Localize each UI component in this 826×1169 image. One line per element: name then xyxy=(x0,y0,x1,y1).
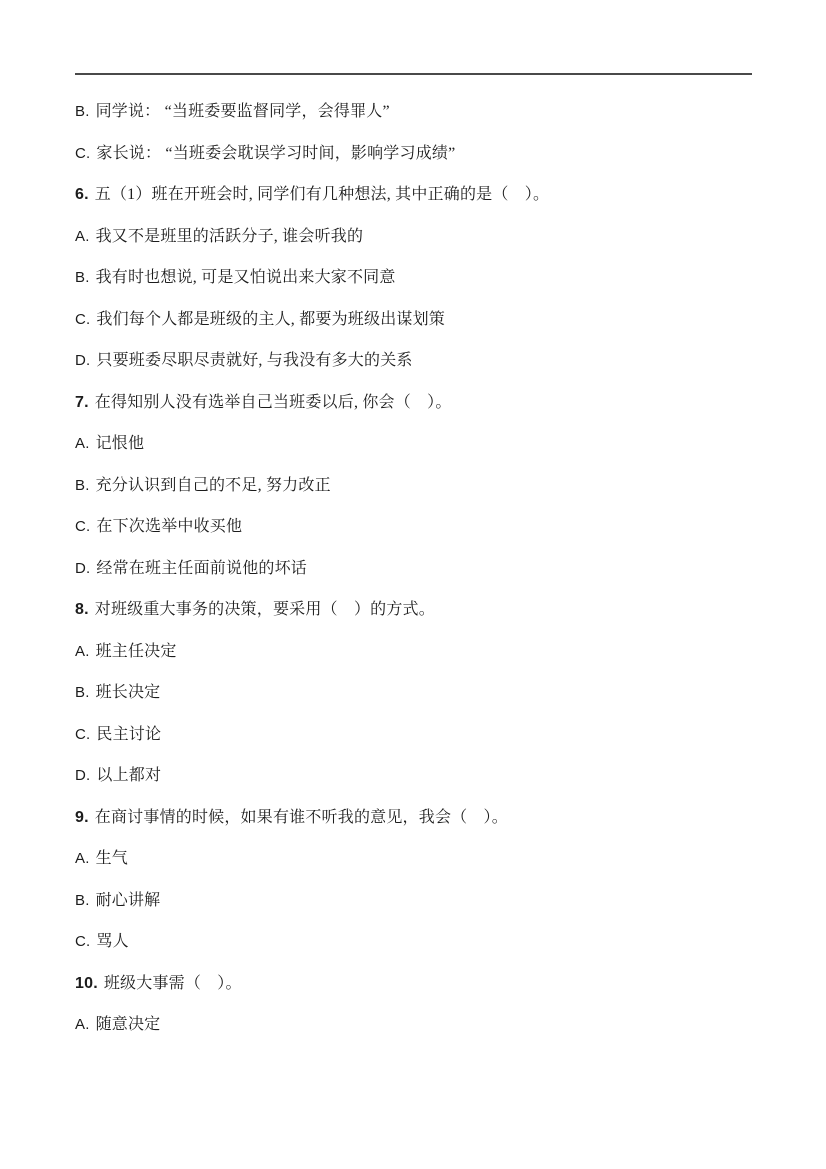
option-letter: B. xyxy=(75,892,90,909)
question-stem: 班级大事需（ ）。 xyxy=(104,975,242,992)
option-letter: C. xyxy=(75,145,90,162)
document-page: B.同学说： “当班委要监督同学，会得罪人” C.家长说： “当班委会耽误学习时… xyxy=(0,0,826,1169)
option-text: 生气 xyxy=(96,850,128,867)
option-line: C.家长说： “当班委会耽误学习时间，影响学习成绩” xyxy=(75,133,775,175)
option-text: 同学说： “当班委要监督同学，会得罪人” xyxy=(96,103,390,120)
option-letter: B. xyxy=(75,684,90,701)
question-line: 6.五（1）班在开班会时, 同学们有几种想法, 其中正确的是（ ）。 xyxy=(75,174,775,216)
header-rule xyxy=(75,73,752,75)
option-text: 记恨他 xyxy=(96,435,145,452)
option-line: B.同学说： “当班委要监督同学，会得罪人” xyxy=(75,91,775,133)
option-letter: C. xyxy=(75,933,90,950)
option-line: D.只要班委尽职尽责就好, 与我没有多大的关系 xyxy=(75,340,775,382)
option-text: 我们每个人都是班级的主人, 都要为班级出谋划策 xyxy=(96,311,445,328)
option-text: 民主讨论 xyxy=(96,726,161,743)
option-letter: A. xyxy=(75,850,90,867)
question-number: 9. xyxy=(75,809,89,826)
question-number: 10. xyxy=(75,975,98,992)
option-line: B.充分认识到自己的不足, 努力改正 xyxy=(75,465,775,507)
option-letter: B. xyxy=(75,103,90,120)
question-line: 9.在商讨事情的时候，如果有谁不听我的意见，我会（ ）。 xyxy=(75,797,775,839)
option-text: 随意决定 xyxy=(96,1016,161,1033)
option-letter: B. xyxy=(75,269,90,286)
question-stem: 对班级重大事务的决策，要采用（ ）的方式。 xyxy=(95,601,435,618)
question-line: 7.在得知别人没有选举自己当班委以后, 你会（ ）。 xyxy=(75,382,775,424)
option-line: A.班主任决定 xyxy=(75,631,775,673)
option-line: D.以上都对 xyxy=(75,755,775,797)
option-letter: C. xyxy=(75,726,90,743)
option-text: 我又不是班里的活跃分子, 谁会听我的 xyxy=(96,228,364,245)
option-line: B.我有时也想说, 可是又怕说出来大家不同意 xyxy=(75,257,775,299)
question-number: 6. xyxy=(75,186,89,203)
option-text: 在下次选举中收买他 xyxy=(96,518,242,535)
option-line: A.记恨他 xyxy=(75,423,775,465)
question-stem: 在得知别人没有选举自己当班委以后, 你会（ ）。 xyxy=(95,394,452,411)
option-letter: B. xyxy=(75,477,90,494)
option-text: 骂人 xyxy=(96,933,128,950)
option-letter: A. xyxy=(75,435,90,452)
option-line: A.我又不是班里的活跃分子, 谁会听我的 xyxy=(75,216,775,258)
option-line: C.民主讨论 xyxy=(75,714,775,756)
option-letter: C. xyxy=(75,518,90,535)
option-text: 耐心讲解 xyxy=(96,892,161,909)
option-line: B.耐心讲解 xyxy=(75,880,775,922)
option-text: 班主任决定 xyxy=(96,643,177,660)
option-text: 班长决定 xyxy=(96,684,161,701)
question-line: 8.对班级重大事务的决策，要采用（ ）的方式。 xyxy=(75,589,775,631)
option-text: 充分认识到自己的不足, 努力改正 xyxy=(96,477,331,494)
option-text: 我有时也想说, 可是又怕说出来大家不同意 xyxy=(96,269,396,286)
option-text: 经常在班主任面前说他的坏话 xyxy=(96,560,307,577)
option-letter: D. xyxy=(75,560,90,577)
option-line: A.生气 xyxy=(75,838,775,880)
question-stem: 五（1）班在开班会时, 同学们有几种想法, 其中正确的是（ ）。 xyxy=(95,186,549,203)
question-number: 7. xyxy=(75,394,89,411)
option-letter: A. xyxy=(75,228,90,245)
option-text: 以上都对 xyxy=(96,767,161,784)
option-line: C.骂人 xyxy=(75,921,775,963)
option-text: 只要班委尽职尽责就好, 与我没有多大的关系 xyxy=(96,352,412,369)
option-text: 家长说： “当班委会耽误学习时间，影响学习成绩” xyxy=(96,145,455,162)
option-line: C.在下次选举中收买他 xyxy=(75,506,775,548)
option-letter: D. xyxy=(75,352,90,369)
option-letter: A. xyxy=(75,1016,90,1033)
question-number: 8. xyxy=(75,601,89,618)
question-list: B.同学说： “当班委要监督同学，会得罪人” C.家长说： “当班委会耽误学习时… xyxy=(75,91,775,1046)
option-line: C.我们每个人都是班级的主人, 都要为班级出谋划策 xyxy=(75,299,775,341)
question-stem: 在商讨事情的时候，如果有谁不听我的意见，我会（ ）。 xyxy=(95,809,508,826)
option-line: D.经常在班主任面前说他的坏话 xyxy=(75,548,775,590)
option-line: B.班长决定 xyxy=(75,672,775,714)
option-letter: C. xyxy=(75,311,90,328)
option-letter: A. xyxy=(75,643,90,660)
option-line: A.随意决定 xyxy=(75,1004,775,1046)
option-letter: D. xyxy=(75,767,90,784)
question-line: 10.班级大事需（ ）。 xyxy=(75,963,775,1005)
